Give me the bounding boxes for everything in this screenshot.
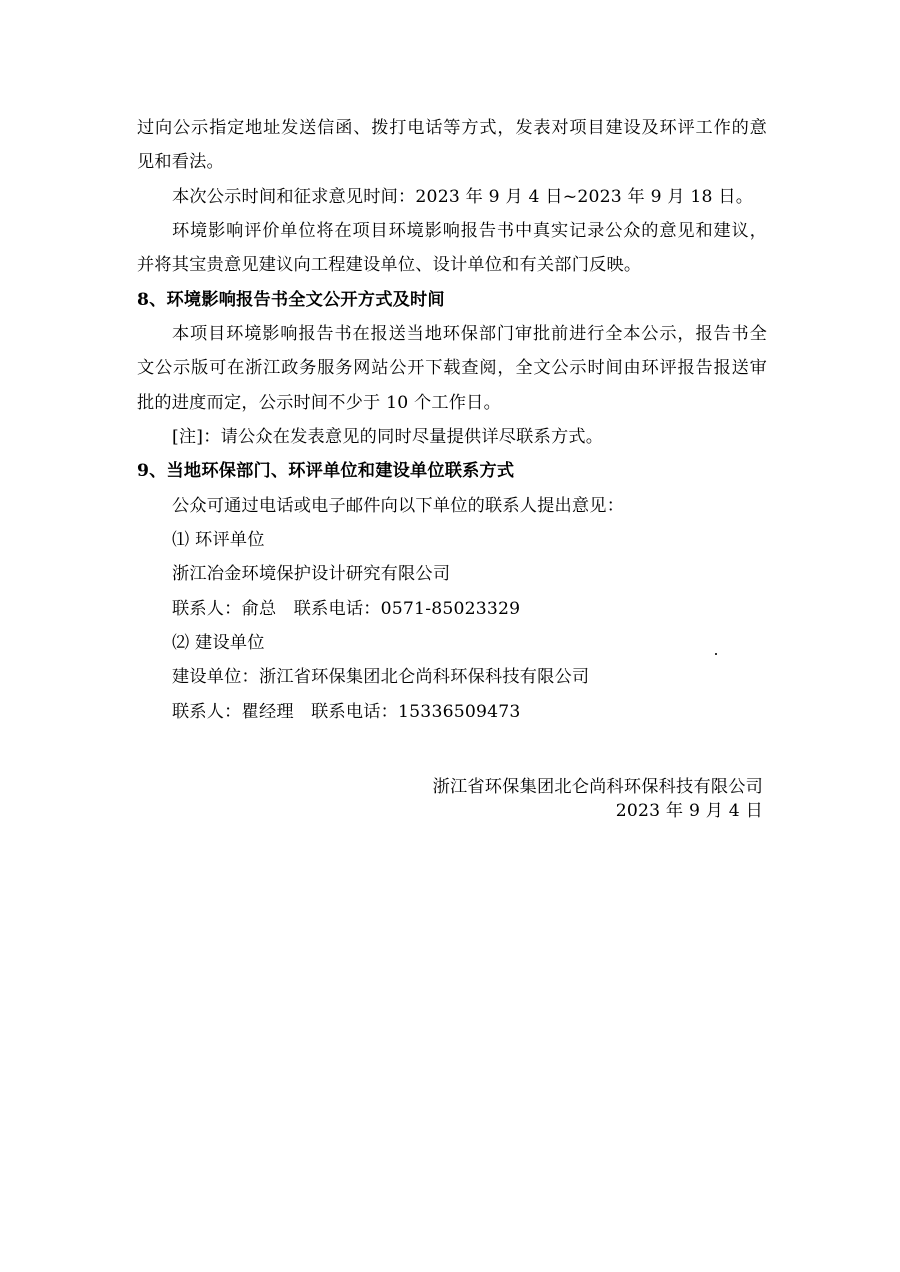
construction-unit-label: ⑵ 建设单位 bbox=[172, 633, 767, 653]
paragraph-line: 过向公示指定地址发送信函、拨打电话等方式，发表对项目建设及环评工作的意 bbox=[137, 118, 767, 138]
document-page: 过向公示指定地址发送信函、拨打电话等方式，发表对项目建设及环评工作的意 见和看法… bbox=[0, 0, 900, 1272]
paragraph-line: 批的进度而定，公示时间不少于 10 个工作日。 bbox=[137, 393, 767, 413]
eia-unit-contact: 联系人：俞总 联系电话：0571-85023329 bbox=[172, 599, 767, 619]
publicity-period: 本次公示时间和征求意见时间：2023 年 9 月 4 日~2023 年 9 月 … bbox=[172, 187, 767, 207]
construction-unit-contact: 联系人：瞿经理 联系电话：15336509473 bbox=[172, 702, 767, 722]
construction-unit-name: 建设单位：浙江省环保集团北仑尚科环保科技有限公司 bbox=[172, 667, 767, 687]
stray-dot bbox=[715, 653, 717, 655]
paragraph-line: 本项目环境影响报告书在报送当地环保部门审批前进行全本公示，报告书全 bbox=[172, 324, 767, 344]
paragraph-line: 并将其宝贵意见建议向工程建设单位、设计单位和有关部门反映。 bbox=[137, 255, 767, 275]
paragraph-line: 文公示版可在浙江政务服务网站公开下载查阅，全文公示时间由环评报告报送审 bbox=[137, 358, 767, 378]
paragraph-line: 见和看法。 bbox=[137, 152, 767, 172]
section-9-heading: 9、当地环保部门、环评单位和建设单位联系方式 bbox=[137, 461, 767, 481]
signature-company: 浙江省环保集团北仑尚科环保科技有限公司 bbox=[433, 777, 763, 797]
eia-unit-name: 浙江冶金环境保护设计研究有限公司 bbox=[172, 564, 767, 584]
note: [注]：请公众在发表意见的同时尽量提供详尽联系方式。 bbox=[172, 427, 767, 447]
signature-date: 2023 年 9 月 4 日 bbox=[616, 801, 763, 821]
contact-intro: 公众可通过电话或电子邮件向以下单位的联系人提出意见： bbox=[172, 496, 767, 516]
section-8-heading: 8、环境影响报告书全文公开方式及时间 bbox=[137, 290, 767, 310]
paragraph-line: 环境影响评价单位将在项目环境影响报告书中真实记录公众的意见和建议， bbox=[172, 221, 767, 241]
eia-unit-label: ⑴ 环评单位 bbox=[172, 530, 767, 550]
